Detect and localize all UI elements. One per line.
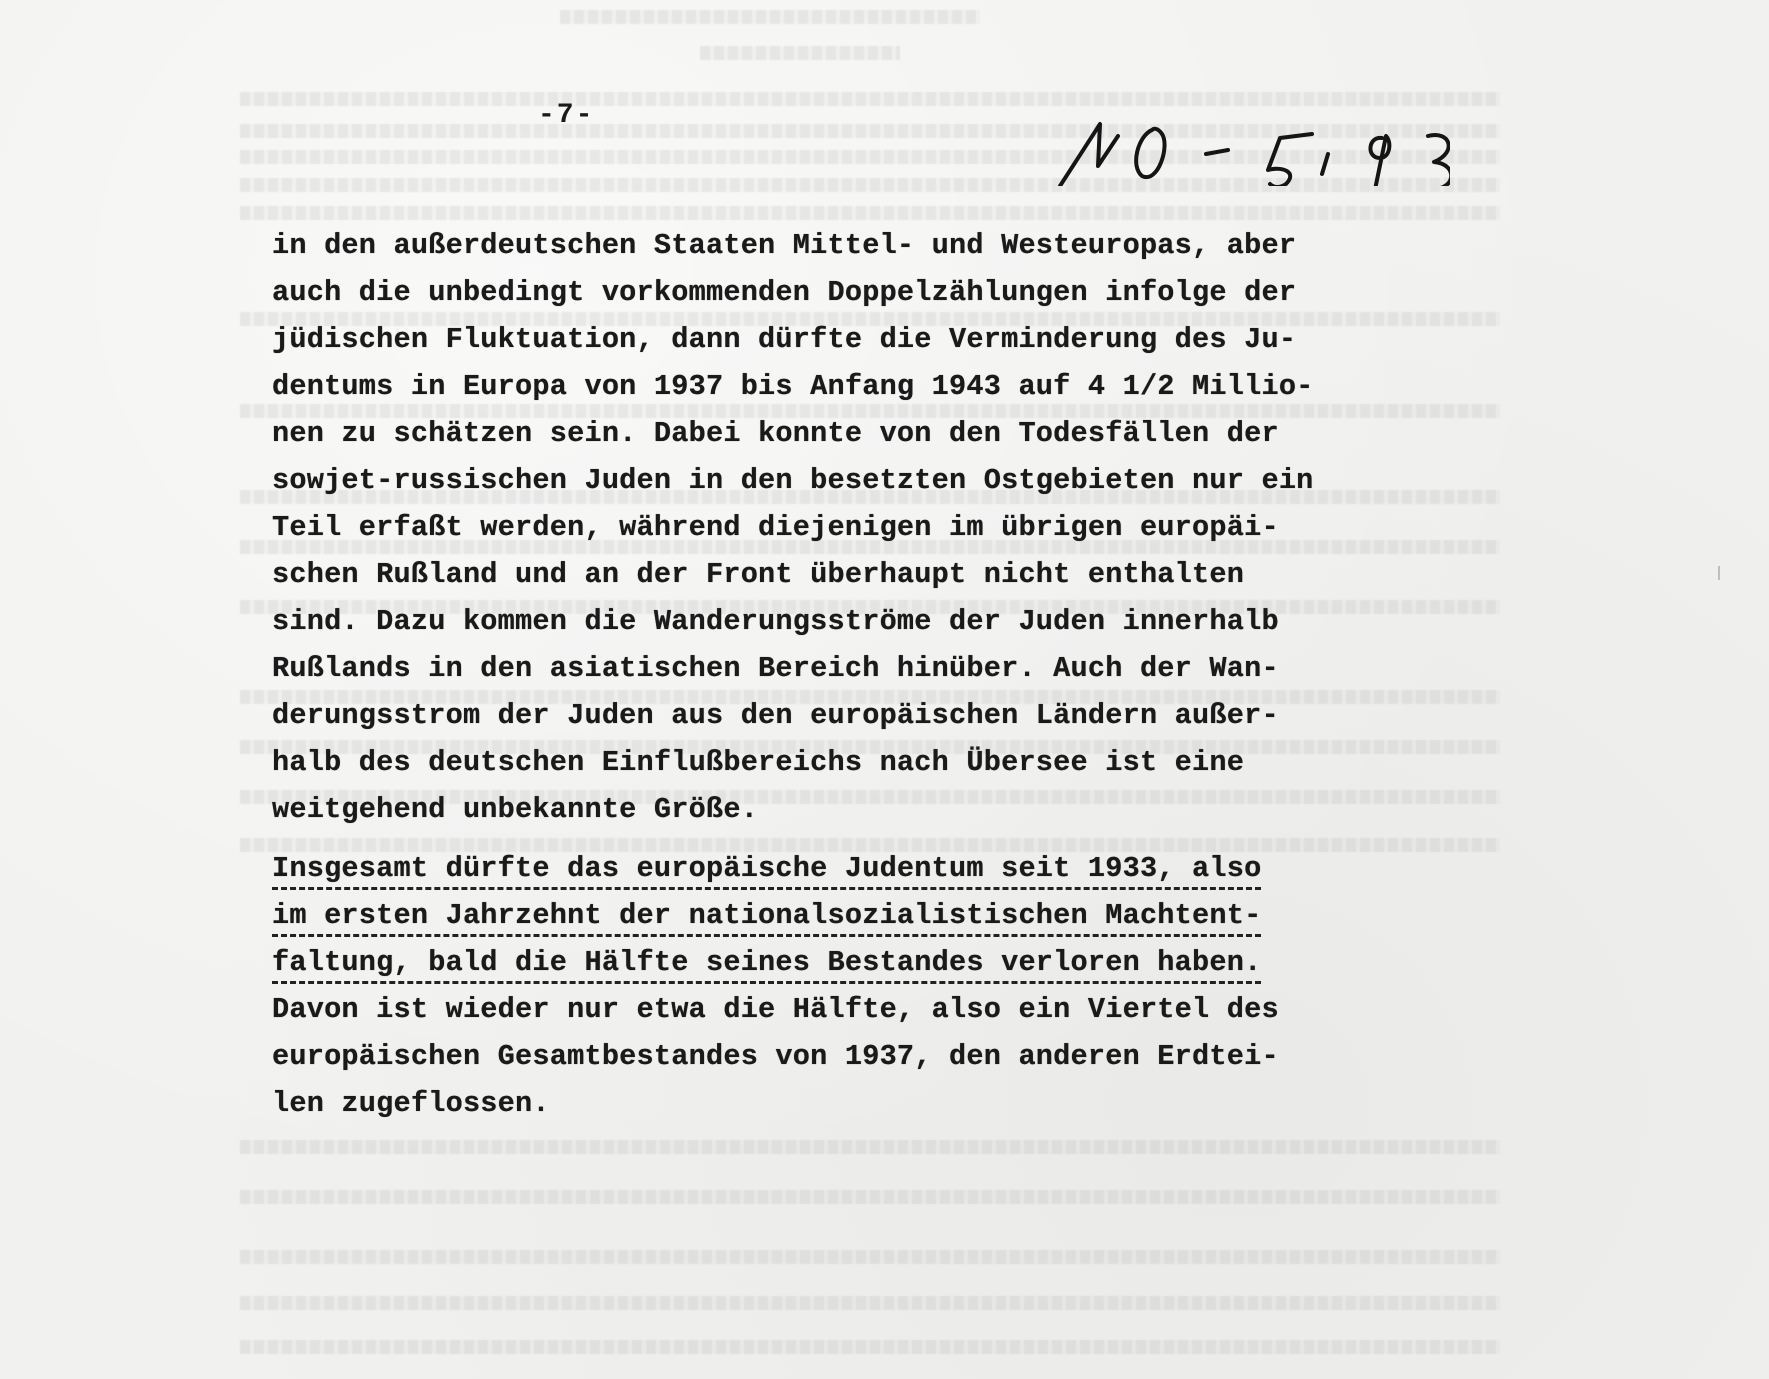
paragraph-1: in den außerdeutschen Staaten Mittel- un…	[272, 222, 1422, 833]
bleed-through	[700, 46, 900, 60]
bleed-through	[240, 1140, 1500, 1154]
page-number: -7-	[538, 100, 594, 131]
text-line: schen Rußland und an der Front überhaupt…	[272, 551, 1422, 598]
handwriting-stroke-icon	[1030, 96, 1450, 186]
text-line: halb des deutschen Einflußbereichs nach …	[272, 739, 1422, 786]
margin-mark	[1718, 566, 1720, 580]
bleed-through	[560, 10, 980, 24]
bleed-through	[240, 1296, 1500, 1310]
text-line: auch die unbedingt vorkommenden Doppelzä…	[272, 269, 1422, 316]
text-line: nen zu schätzen sein. Dabei konnte von d…	[272, 410, 1422, 457]
bleed-through	[240, 1250, 1500, 1264]
text-line: weitgehend unbekannte Größe.	[272, 786, 1422, 833]
underlined-text-line: Insgesamt dürfte das europäische Judentu…	[272, 845, 1422, 892]
text-line: Rußlands in den asiatischen Bereich hinü…	[272, 645, 1422, 692]
text-line: dentums in Europa von 1937 bis Anfang 19…	[272, 363, 1422, 410]
text-line: in den außerdeutschen Staaten Mittel- un…	[272, 222, 1422, 269]
text-line: europäischen Gesamtbestandes von 1937, d…	[272, 1033, 1422, 1080]
text-line: Davon ist wieder nur etwa die Hälfte, al…	[272, 986, 1422, 1033]
underlined-text-line: faltung, bald die Hälfte seines Bestande…	[272, 939, 1422, 986]
text-line: sowjet-russischen Juden in den besetzten…	[272, 457, 1422, 504]
text-line: jüdischen Fluktuation, dann dürfte die V…	[272, 316, 1422, 363]
text-line: sind. Dazu kommen die Wanderungsströme d…	[272, 598, 1422, 645]
text-line: Teil erfaßt werden, während diejenigen i…	[272, 504, 1422, 551]
handwritten-document-number: NO-5193	[1030, 96, 1450, 186]
bleed-through	[240, 1190, 1500, 1204]
scanned-page: -7- NO-5193 in den außer	[0, 0, 1769, 1379]
document-body: in den außerdeutschen Staaten Mittel- un…	[272, 222, 1422, 1127]
bleed-through	[240, 1340, 1500, 1354]
text-line: len zugeflossen.	[272, 1080, 1422, 1127]
paragraph-2: Insgesamt dürfte das europäische Judentu…	[272, 845, 1422, 1127]
bleed-through	[240, 206, 1500, 220]
underlined-text-line: im ersten Jahrzehnt der nationalsozialis…	[272, 892, 1422, 939]
text-line: derungsstrom der Juden aus den europäisc…	[272, 692, 1422, 739]
